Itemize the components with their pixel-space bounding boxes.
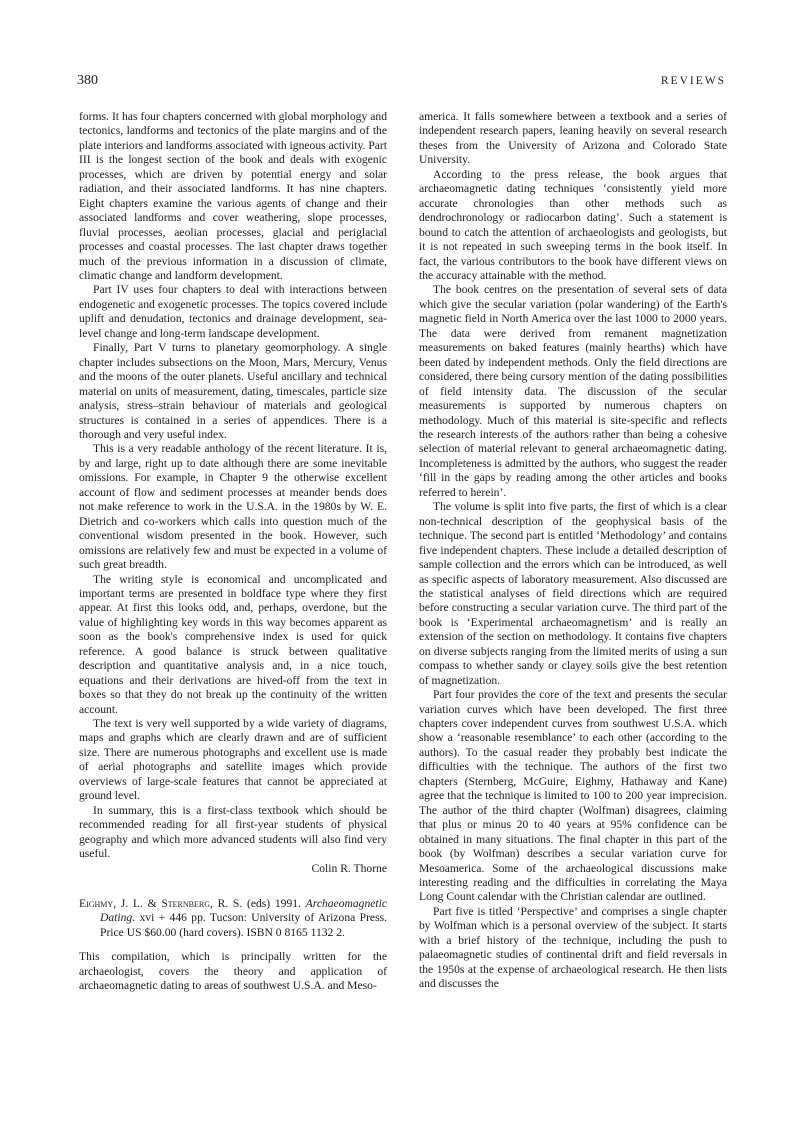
book-citation: Eighmy, J. L. & Sternberg, R. S. (eds) 1… xyxy=(79,897,387,940)
paragraph: The volume is split into five parts, the… xyxy=(419,500,727,688)
page-number: 380 xyxy=(77,73,98,89)
paragraph: This is a very readable anthology of the… xyxy=(79,442,387,572)
paragraph: forms. It has four chapters concerned wi… xyxy=(79,110,387,283)
running-head: REVIEWS xyxy=(661,75,726,87)
right-column: america. It falls somewhere between a te… xyxy=(419,110,727,992)
paragraph: According to the press release, the book… xyxy=(419,168,727,284)
paragraph: Part four provides the core of the text … xyxy=(419,688,727,905)
paragraph: In summary, this is a first-class textbo… xyxy=(79,804,387,862)
reviewer-signature: Colin R. Thorne xyxy=(79,862,387,876)
paragraph: The writing style is economical and unco… xyxy=(79,573,387,718)
citation-details: . xvi + 446 pp. Tucson: University of Ar… xyxy=(100,911,387,938)
citation-author-2-initials: , R. S. (eds) 1991. xyxy=(210,897,306,910)
paragraph: Part five is titled ‘Perspective’ and co… xyxy=(419,905,727,992)
paragraph: america. It falls somewhere between a te… xyxy=(419,110,727,168)
paragraph: Part IV uses four chapters to deal with … xyxy=(79,283,387,341)
citation-author-1-initials: , J. L. & xyxy=(113,897,161,910)
left-column: forms. It has four chapters concerned wi… xyxy=(79,110,387,994)
citation-author-1: Eighmy xyxy=(79,897,113,910)
citation-author-2: Sternberg xyxy=(161,897,210,910)
paragraph: The text is very well supported by a wid… xyxy=(79,717,387,804)
review-opening-paragraph: This compilation, which is principally w… xyxy=(79,950,387,993)
paragraph: Finally, Part V turns to planetary geomo… xyxy=(79,341,387,442)
paragraph: The book centres on the presentation of … xyxy=(419,283,727,500)
